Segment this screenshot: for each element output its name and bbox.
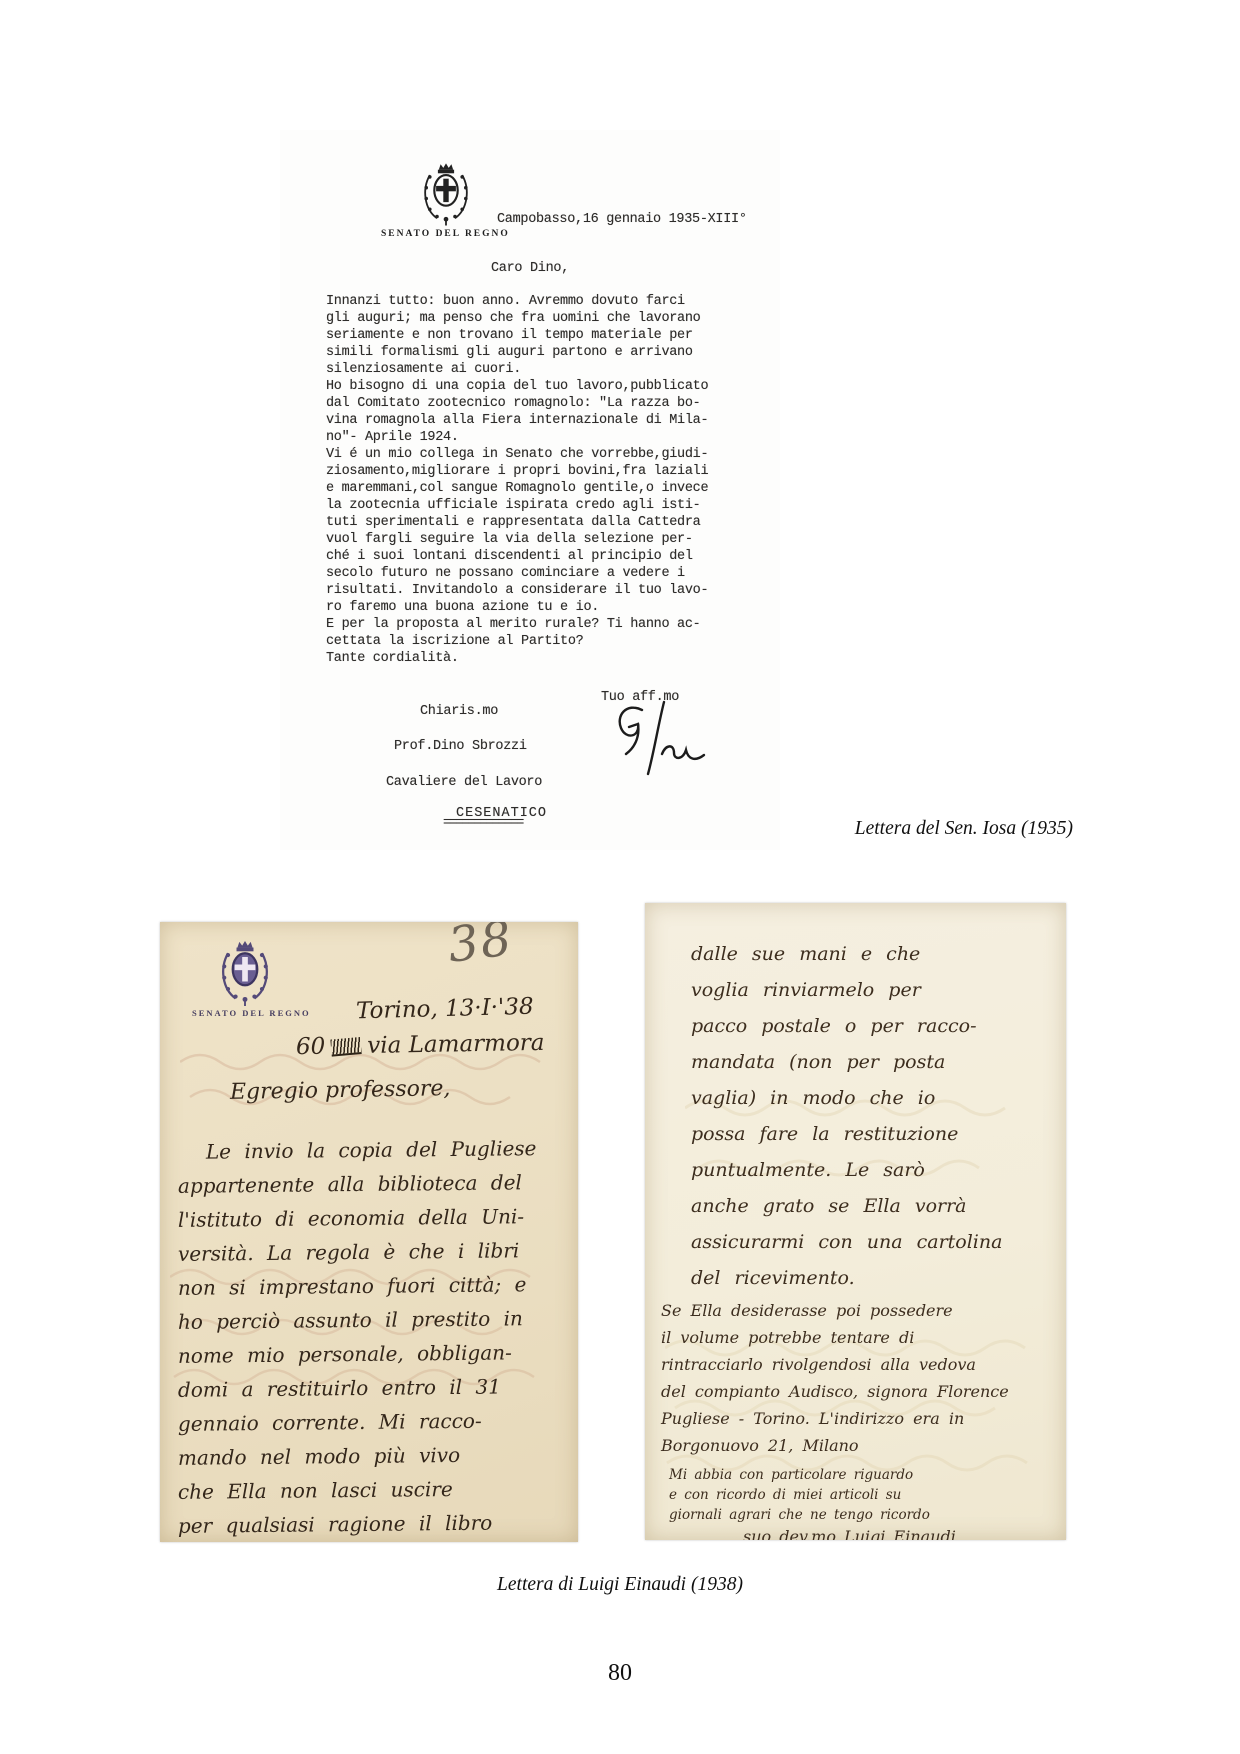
iosa-signature-flourish <box>612 700 708 780</box>
typed-letter-line: ziosamento,migliorare i propri bovini,fr… <box>326 464 708 481</box>
typed-letter-line: vina romagnola alla Fiera internazionale… <box>326 413 708 430</box>
handwritten-line: possa fare la restituzione <box>691 1123 1002 1159</box>
typed-letter-line: vuol fargli seguire la via della selezio… <box>326 532 708 549</box>
typed-letter-line: la zootecnia ufficiale ispirata credo ag… <box>326 498 708 515</box>
address-number: 60 <box>296 1034 326 1061</box>
handwritten-address-line: 60via Lamarmora <box>296 1030 545 1060</box>
handwritten-line: dalle sue mani e che <box>691 943 1002 979</box>
typed-recipient-underline: ============= <box>443 816 522 831</box>
handwritten-line: giornali agrari che ne tengo ricordo <box>669 1507 956 1527</box>
typed-letter-line: e maremmani,col sangue Romagnolo gentile… <box>326 481 708 498</box>
handwritten-line: Borgonuovo 21, Milano <box>661 1436 1009 1463</box>
handwritten-salutation: Egregio professore, <box>230 1076 451 1105</box>
handwritten-line: del ricevimento. <box>691 1267 1002 1303</box>
handwritten-line: ho perciò assunto il prestito in <box>178 1306 537 1344</box>
typed-recipient-name: Prof.Dino Sbrozzi <box>394 739 527 754</box>
ink-scribble <box>331 1037 362 1057</box>
handwritten-line: anche grato se Ella vorrà <box>691 1195 1002 1231</box>
handwritten-line: nome mio personale, obbligan- <box>178 1340 537 1378</box>
senato-del-regno-crest-icon <box>419 160 473 228</box>
handwritten-right-paragraph-3: Mi abbia con particolare riguardoe con r… <box>669 1467 956 1540</box>
page-number: 80 <box>0 1660 1240 1687</box>
handwritten-letterhead-label: SENATO DEL REGNO <box>192 1008 311 1018</box>
typed-letter-body: Innanzi tutto: buon anno. Avremmo dovuto… <box>326 294 708 668</box>
typed-letter-line: tuti sperimentali e rappresentata dalla … <box>326 515 708 532</box>
typed-letter-line: ro faremo una buona azione tu e io. <box>326 600 708 617</box>
handwritten-line: versità. La regola è che i libri <box>178 1238 537 1276</box>
typed-letter-line: secolo futuro ne possano cominciare a ve… <box>326 566 708 583</box>
einaudi-letter-left-page: SENATO DEL REGNO 38 Torino, 13·I·'38 60v… <box>160 922 578 1542</box>
handwritten-line: che Ella non lasci uscire <box>178 1476 537 1514</box>
typed-letter-line: Tante cordialità. <box>326 651 708 668</box>
typed-letter-line: E per la proposta al merito rurale? Ti h… <box>326 617 708 634</box>
book-page: SENATO DEL REGNO Campobasso,16 gennaio 1… <box>0 0 1240 1754</box>
handwritten-right-paragraph-2: Se Ella desiderasse poi possedereil volu… <box>661 1301 1009 1463</box>
handwritten-left-body: Le invio la copia del Puglieseappartenen… <box>178 1138 537 1542</box>
einaudi-letter-right-page: dalle sue mani e chevoglia rinviarmelo p… <box>645 903 1066 1540</box>
handwritten-dateline: Torino, 13·I·'38 <box>356 994 534 1025</box>
handwritten-line: Se Ella desiderasse poi possedere <box>661 1301 1009 1328</box>
typed-letter-line: Vi é un mio collega in Senato che vorreb… <box>326 447 708 464</box>
handwritten-line: mando nel modo più vivo <box>178 1442 537 1480</box>
typed-letter-line: Innanzi tutto: buon anno. Avremmo dovuto… <box>326 294 708 311</box>
senato-del-regno-crest-icon <box>216 940 274 1006</box>
handwritten-line: rintracciarlo rivolgendosi alla vedova <box>661 1355 1009 1382</box>
typed-recipient-title: Cavaliere del Lavoro <box>386 775 542 790</box>
pencil-page-mark: 38 <box>445 922 516 974</box>
typed-letter-line: seriamente e non trovano il tempo materi… <box>326 328 708 345</box>
handwritten-line: domi a restituirlo entro il 31 <box>178 1374 537 1412</box>
handwritten-line: voglia rinviarmelo per <box>691 979 1002 1015</box>
handwritten-line: Pugliese - Torino. L'indirizzo era in <box>661 1409 1009 1436</box>
handwritten-line: e con ricordo di miei articoli su <box>669 1487 956 1507</box>
typed-recipient-honorific: Chiaris.mo <box>420 704 498 719</box>
handwritten-line: non si imprestano fuori città; e <box>178 1272 537 1310</box>
typed-letter-line: simili formalismi gli auguri partono e a… <box>326 345 708 362</box>
address-street: via Lamarmora <box>367 1030 545 1059</box>
typed-letter-line: risultati. Invitandolo a considerare il … <box>326 583 708 600</box>
handwritten-line: Mi abbia con particolare riguardo <box>669 1467 956 1487</box>
typed-letter-line: Ho bisogno di una copia del tuo lavoro,p… <box>326 379 708 396</box>
handwritten-line: vaglia) in modo che io <box>691 1087 1002 1123</box>
handwritten-line: assicurarmi con una cartolina <box>691 1231 1002 1267</box>
handwritten-line: per qualsiasi ragione il libro <box>178 1510 537 1542</box>
handwritten-line: Le invio la copia del Pugliese <box>178 1136 537 1174</box>
handwritten-line: l'istituto di economia della Uni- <box>178 1204 537 1242</box>
typed-letter-line: no"- Aprile 1924. <box>326 430 708 447</box>
typed-letter-line: gli auguri; ma penso che fra uomini che … <box>326 311 708 328</box>
handwritten-line: del compianto Audisco, signora Florence <box>661 1382 1009 1409</box>
handwritten-line: il volume potrebbe tentare di <box>661 1328 1009 1355</box>
handwritten-right-paragraph-1: dalle sue mani e chevoglia rinviarmelo p… <box>691 943 1002 1303</box>
handwritten-line: appartenente alla biblioteca del <box>178 1170 537 1208</box>
handwritten-line: mandata (non per posta <box>691 1051 1002 1087</box>
typed-letter-line: cettata la iscrizione al Partito? <box>326 634 708 651</box>
typed-letter-line: dal Comitato zootecnico romagnolo: "La r… <box>326 396 708 413</box>
caption-iosa-letter: Lettera del Sen. Iosa (1935) <box>855 818 1073 840</box>
typed-letter-line: silenziosamente ai cuori. <box>326 362 708 379</box>
caption-einaudi-letter: Lettera di Luigi Einaudi (1938) <box>0 1574 1240 1596</box>
handwritten-line: pacco postale o per racco- <box>691 1015 1002 1051</box>
typed-salutation: Caro Dino, <box>491 261 569 276</box>
typed-dateline: Campobasso,16 gennaio 1935-XIII° <box>497 212 747 227</box>
typed-letter-line: ché i suoi lontani discendenti al princi… <box>326 549 708 566</box>
handwritten-line: puntualmente. Le sarò <box>691 1159 1002 1195</box>
handwritten-line: suo dev.mo Luigi Einaudi <box>669 1527 956 1540</box>
typed-letterhead-label: SENATO DEL REGNO <box>381 229 510 239</box>
handwritten-line: gennaio corrente. Mi racco- <box>178 1408 537 1446</box>
